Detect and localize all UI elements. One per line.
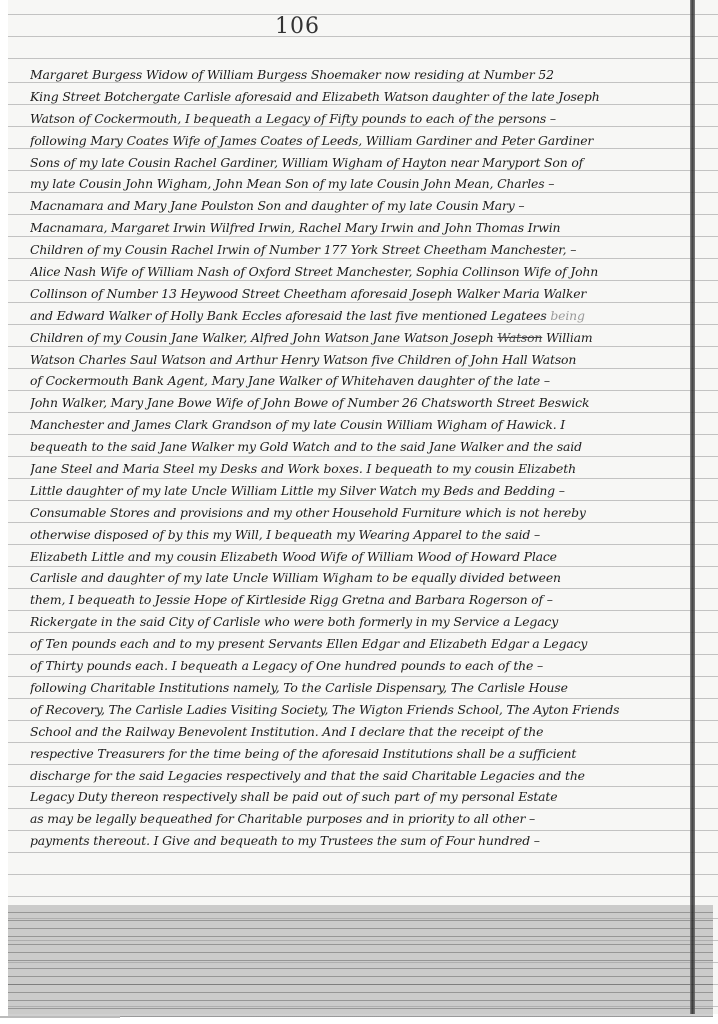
handwritten-text-body: Margaret Burgess Widow of William Burges… <box>30 64 670 852</box>
text-line: discharge for the said Legacies respecti… <box>30 765 670 787</box>
text-line: Elizabeth Little and my cousin Elizabeth… <box>30 546 670 568</box>
text-line: them, I bequeath to Jessie Hope of Kirtl… <box>30 589 670 611</box>
text-line: Children of my Cousin Rachel Irwin of Nu… <box>30 239 670 261</box>
text-line: School and the Railway Benevolent Instit… <box>30 721 670 743</box>
text-line: Manchester and James Clark Grandson of m… <box>30 414 670 436</box>
text-line: Legacy Duty thereon respectively shall b… <box>30 786 670 808</box>
faint-word: being <box>550 308 584 323</box>
text-line: Little daughter of my late Uncle William… <box>30 480 670 502</box>
text-line: of Recovery, The Carlisle Ladies Visitin… <box>30 699 670 721</box>
text-line: respective Treasurers for the time being… <box>30 743 670 765</box>
text-line: John Walker, Mary Jane Bowe Wife of John… <box>30 392 670 414</box>
text-line: of Thirty pounds each. I bequeath a Lega… <box>30 655 670 677</box>
text-line: Margaret Burgess Widow of William Burges… <box>30 64 670 86</box>
text-line: Jane Steel and Maria Steel my Desks and … <box>30 458 670 480</box>
page-number: 106 <box>275 14 320 39</box>
text-line: and Edward Walker of Holly Bank Eccles a… <box>30 305 670 327</box>
text-line: Alice Nash Wife of William Nash of Oxfor… <box>30 261 670 283</box>
text-line: Macnamara, Margaret Irwin Wilfred Irwin,… <box>30 217 670 239</box>
text-line: Watson of Cockermouth, I bequeath a Lega… <box>30 108 670 130</box>
text-line: Consumable Stores and provisions and my … <box>30 502 670 524</box>
page-edge <box>0 1016 120 1018</box>
blank-ruled-area <box>8 905 713 1017</box>
text-line: Rickergate in the said City of Carlisle … <box>30 611 670 633</box>
text-line: following Mary Coates Wife of James Coat… <box>30 130 670 152</box>
text-line: bequeath to the said Jane Walker my Gold… <box>30 436 670 458</box>
struck-word: Watson <box>497 330 542 345</box>
right-margin-rule <box>690 0 695 1014</box>
text-line: King Street Botchergate Carlisle aforesa… <box>30 86 670 108</box>
text-line: payments thereout. I Give and bequeath t… <box>30 830 670 852</box>
text-line: Watson Charles Saul Watson and Arthur He… <box>30 349 670 371</box>
text-line: Sons of my late Cousin Rachel Gardiner, … <box>30 152 670 174</box>
text-line: of Cockermouth Bank Agent, Mary Jane Wal… <box>30 370 670 392</box>
text-line: Collinson of Number 13 Heywood Street Ch… <box>30 283 670 305</box>
text-line: Children of my Cousin Jane Walker, Alfre… <box>30 327 670 349</box>
text-line: my late Cousin John Wigham, John Mean So… <box>30 173 670 195</box>
text-line: as may be legally bequeathed for Charita… <box>30 808 670 830</box>
text-line: of Ten pounds each and to my present Ser… <box>30 633 670 655</box>
text-line: Carlisle and daughter of my late Uncle W… <box>30 567 670 589</box>
text-line: following Charitable Institutions namely… <box>30 677 670 699</box>
text-line: Macnamara and Mary Jane Poulston Son and… <box>30 195 670 217</box>
text-line: otherwise disposed of by this my Will, I… <box>30 524 670 546</box>
